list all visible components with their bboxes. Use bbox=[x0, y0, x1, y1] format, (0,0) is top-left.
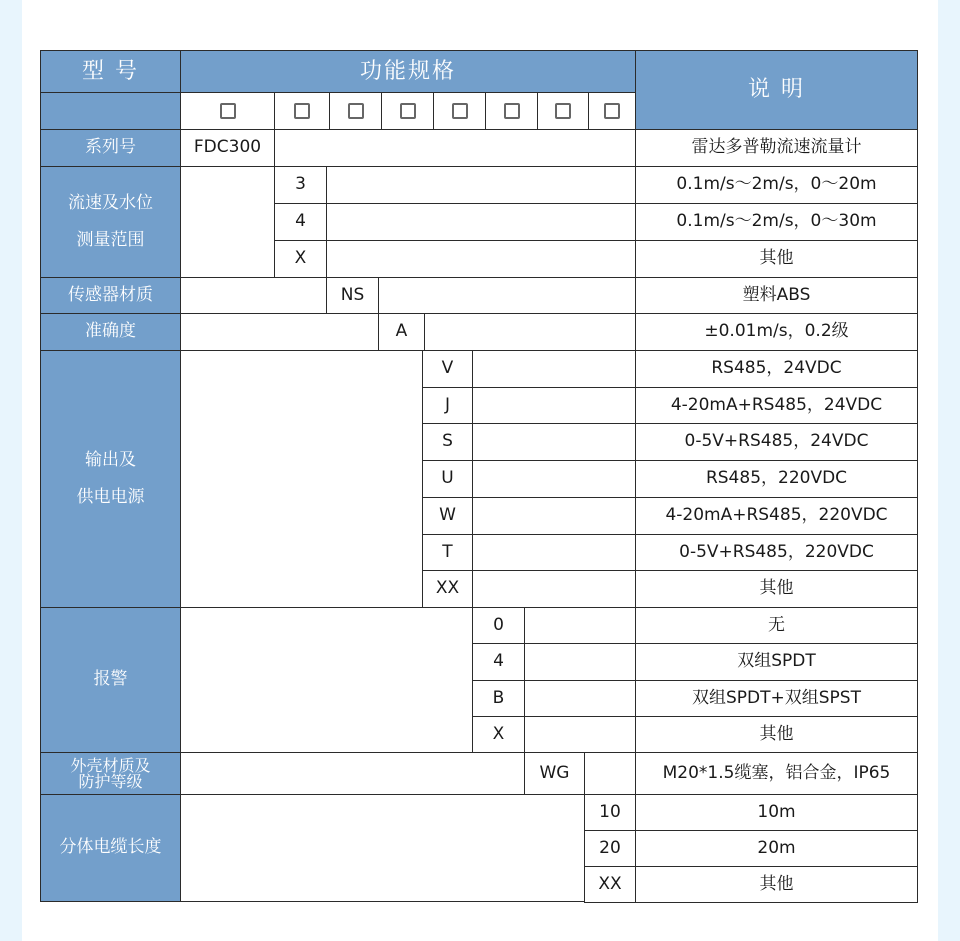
label-series: 系列号 bbox=[40, 129, 181, 167]
blank bbox=[378, 277, 636, 314]
blank bbox=[180, 313, 379, 351]
blank bbox=[524, 607, 636, 644]
desc-output-4: 4-20mA+RS485，220VDC bbox=[635, 497, 918, 535]
blank bbox=[472, 570, 636, 608]
desc-sensor: 塑料ABS bbox=[635, 277, 918, 314]
checkbox-cell-4 bbox=[381, 92, 434, 130]
blank bbox=[424, 313, 636, 351]
desc-series: 雷达多普勒流速流量计 bbox=[635, 129, 918, 167]
desc-alarm-2: 双组SPDT+双组SPST bbox=[635, 680, 918, 717]
checkbox-cell-8 bbox=[588, 92, 636, 130]
blank bbox=[524, 643, 636, 681]
checkbox-cell-7 bbox=[537, 92, 589, 130]
desc-output-0: RS485，24VDC bbox=[635, 350, 918, 388]
checkbox-cell-1 bbox=[180, 92, 275, 130]
desc-output-5: 0-5V+RS485，220VDC bbox=[635, 534, 918, 571]
desc-cable-2: 其他 bbox=[635, 866, 918, 903]
blank bbox=[180, 277, 327, 314]
desc-housing: M20*1.5缆塞，铝合金，IP65 bbox=[635, 752, 918, 795]
header-description: 说 明 bbox=[635, 50, 918, 130]
code-cable-2: XX bbox=[584, 866, 636, 903]
label-cable: 分体电缆长度 bbox=[40, 794, 181, 902]
blank bbox=[472, 460, 636, 498]
desc-accuracy: ±0.01m/s，0.2级 bbox=[635, 313, 918, 351]
blank bbox=[472, 387, 636, 424]
checkbox-cell-2 bbox=[274, 92, 330, 130]
blank bbox=[326, 203, 636, 241]
checkbox-icon bbox=[452, 103, 468, 119]
desc-alarm-0: 无 bbox=[635, 607, 918, 644]
blank bbox=[180, 166, 275, 278]
code-output-3: U bbox=[422, 460, 473, 498]
checkbox-cell-6 bbox=[485, 92, 538, 130]
blank bbox=[180, 607, 473, 753]
checkbox-icon bbox=[220, 103, 236, 119]
checkbox-icon bbox=[348, 103, 364, 119]
checkbox-cell-5 bbox=[433, 92, 486, 130]
desc-output-6: 其他 bbox=[635, 570, 918, 608]
blank bbox=[326, 166, 636, 204]
checkbox-icon bbox=[400, 103, 416, 119]
desc-alarm-3: 其他 bbox=[635, 716, 918, 753]
blank bbox=[584, 752, 636, 795]
blank bbox=[472, 534, 636, 571]
blank bbox=[524, 680, 636, 717]
code-output-1: J bbox=[422, 387, 473, 424]
desc-cable-1: 20m bbox=[635, 830, 918, 867]
code-housing: WG bbox=[524, 752, 585, 795]
code-range-1: 4 bbox=[274, 203, 327, 241]
code-output-4: W bbox=[422, 497, 473, 535]
header-blank bbox=[40, 92, 181, 130]
blank bbox=[180, 350, 423, 608]
code-output-6: XX bbox=[422, 570, 473, 608]
label-output-line1: 输出及 bbox=[85, 442, 136, 479]
code-output-5: T bbox=[422, 534, 473, 571]
checkbox-icon bbox=[604, 103, 620, 119]
label-sensor: 传感器材质 bbox=[40, 277, 181, 314]
code-alarm-2: B bbox=[472, 680, 525, 717]
blank bbox=[472, 423, 636, 461]
blank bbox=[472, 497, 636, 535]
blank bbox=[326, 240, 636, 278]
code-range-2: X bbox=[274, 240, 327, 278]
checkbox-cell-3 bbox=[329, 92, 382, 130]
blank bbox=[180, 752, 525, 795]
label-output-line2: 供电电源 bbox=[77, 479, 145, 516]
blank bbox=[524, 716, 636, 753]
desc-output-1: 4-20mA+RS485，24VDC bbox=[635, 387, 918, 424]
code-accuracy: A bbox=[378, 313, 425, 351]
label-alarm: 报警 bbox=[40, 607, 181, 753]
model-selection-table: 型 号 功能规格 说 明 系列号 FDC300 雷达多普勒流速流量计 流速及水位… bbox=[40, 50, 918, 902]
code-range-0: 3 bbox=[274, 166, 327, 204]
code-output-0: V bbox=[422, 350, 473, 388]
label-range: 流速及水位 测量范围 bbox=[40, 166, 181, 278]
checkbox-icon bbox=[555, 103, 571, 119]
code-alarm-1: 4 bbox=[472, 643, 525, 681]
code-cable-0: 10 bbox=[584, 794, 636, 831]
label-housing-line2: 防护等级 bbox=[78, 774, 142, 789]
desc-cable-0: 10m bbox=[635, 794, 918, 831]
code-sensor: NS bbox=[326, 277, 379, 314]
code-output-2: S bbox=[422, 423, 473, 461]
code-alarm-3: X bbox=[472, 716, 525, 753]
checkbox-icon bbox=[504, 103, 520, 119]
code-series: FDC300 bbox=[180, 129, 275, 167]
blank bbox=[274, 129, 636, 167]
desc-range-0: 0.1m/s～2m/s，0～20m bbox=[635, 166, 918, 204]
checkbox-icon bbox=[294, 103, 310, 119]
desc-alarm-1: 双组SPDT bbox=[635, 643, 918, 681]
label-housing: 外壳材质及 防护等级 bbox=[40, 752, 181, 795]
blank bbox=[180, 794, 585, 902]
code-cable-1: 20 bbox=[584, 830, 636, 867]
header-spec: 功能规格 bbox=[180, 50, 636, 93]
desc-output-2: 0-5V+RS485，24VDC bbox=[635, 423, 918, 461]
label-range-line2: 测量范围 bbox=[77, 222, 145, 259]
label-range-line1: 流速及水位 bbox=[68, 185, 153, 222]
header-model: 型 号 bbox=[40, 50, 181, 93]
desc-range-2: 其他 bbox=[635, 240, 918, 278]
blank bbox=[472, 350, 636, 388]
desc-range-1: 0.1m/s～2m/s，0～30m bbox=[635, 203, 918, 241]
label-output: 输出及 供电电源 bbox=[40, 350, 181, 608]
label-accuracy: 准确度 bbox=[40, 313, 181, 351]
desc-output-3: RS485，220VDC bbox=[635, 460, 918, 498]
code-alarm-0: 0 bbox=[472, 607, 525, 644]
